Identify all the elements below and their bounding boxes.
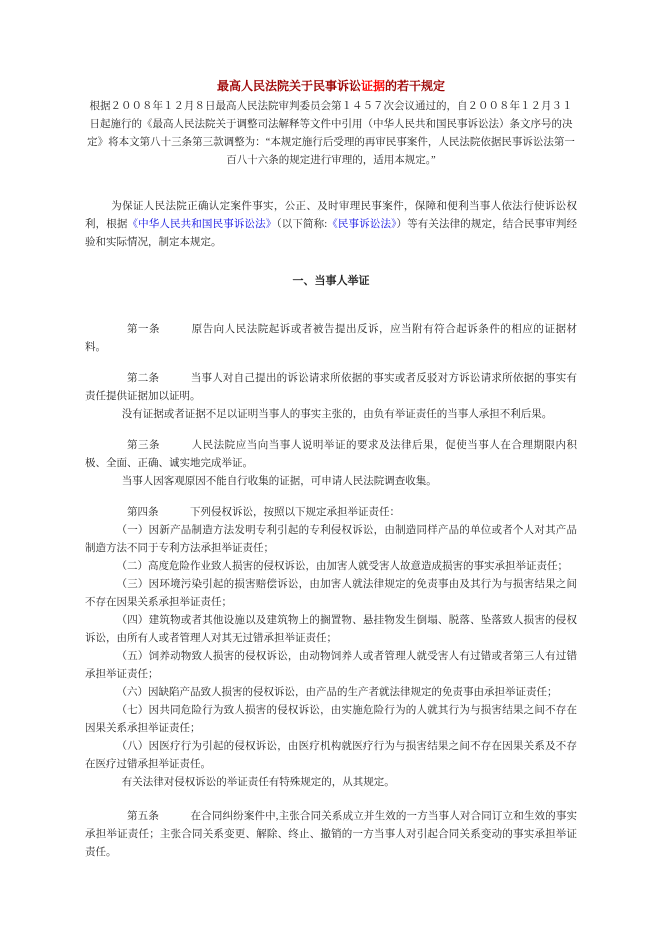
article-2: 第二条当事人对自己提出的诉讼请求所依据的事实或者反驳对方诉讼请求所依据的事实有责… [85, 370, 577, 406]
intro-text-2: （以下简称: [276, 219, 327, 230]
article-4-number: 第四条 [127, 507, 159, 518]
document-title: 最高人民法院关于民事诉讼证据的若干规定 [85, 78, 577, 94]
article-4-text: 下列侵权诉讼，按照以下规定承担举证责任： [190, 507, 400, 518]
article-4-item-5: （五）饲养动物致人损害的侵权诉讼，由动物饲养人或者管理人就受害人有过错或者第三人… [85, 648, 577, 684]
article-4-item-7: （七）因共同危险行为致人损害的侵权诉讼，由实施危险行为的人就其行为与损害结果之间… [85, 702, 577, 738]
title-text-before-keyword: 最高人民法院关于民事诉讼 [217, 79, 361, 93]
article-5: 第五条在合同纠纷案件中,主张合同关系成立并生效的一方当事人对合同订立和生效的事实… [85, 808, 577, 862]
article-4-item-6: （六）因缺陷产品致人损害的侵权诉讼，由产品的生产者就法律规定的免责事由承担举证责… [85, 684, 577, 702]
article-1-number: 第一条 [127, 324, 160, 335]
article-4-item-8: （八）因医疗行为引起的侵权诉讼，由医疗机构就医疗行为与损害结果之间不存在因果关系… [85, 738, 577, 774]
article-3-sub-paragraph: 当事人因客观原因不能自行收集的证据，可申请人民法院调查收集。 [85, 473, 577, 491]
title-keyword-highlight: 证据 [361, 79, 385, 93]
section-1-heading: 一、当事人举证 [85, 272, 577, 290]
article-5-number: 第五条 [127, 811, 159, 822]
link-civil-procedure-law-short[interactable]: 《民事诉讼法》 [327, 219, 396, 230]
article-4-item-3: （三）因环境污染引起的损害赔偿诉讼，由加害人就法律规定的免责事由及其行为与损害结… [85, 576, 577, 612]
document-content: 最高人民法院关于民事诉讼证据的若干规定 根据２００８年１２月８日最高人民法院审判… [85, 0, 577, 862]
intro-paragraph: 为保证人民法院正确认定案件事实，公正、及时审理民事案件，保障和便利当事人依法行使… [85, 198, 577, 252]
link-civil-procedure-law-full[interactable]: 《中华人民共和国民事诉讼法》 [128, 219, 277, 230]
article-4-item-2: （二）高度危险作业致人损害的侵权诉讼，由加害人就受害人故意造成损害的事实承担举证… [85, 558, 577, 576]
amendment-note-paragraph: 根据２００８年１２月８日最高人民法院审判委员会第１４５７次会议通过的，自２００８… [85, 98, 577, 170]
article-2-sub-paragraph: 没有证据或者证据不足以证明当事人的事实主张的，由负有举证责任的当事人承担不利后果… [85, 406, 577, 424]
article-4-sub-paragraph: 有关法律对侵权诉讼的举证责任有特殊规定的，从其规定。 [85, 774, 577, 792]
article-2-number: 第二条 [127, 373, 159, 384]
article-4-item-4: （四）建筑物或者其他设施以及建筑物上的搁置物、悬挂物发生倒塌、脱落、坠落致人损害… [85, 612, 577, 648]
article-4-item-1: （一）因新产品制造方法发明专利引起的专利侵权诉讼，由制造同样产品的单位或者个人对… [85, 522, 577, 558]
article-1: 第一条原告向人民法院起诉或者被告提出反诉，应当附有符合起诉条件的相应的证据材料。 [85, 321, 577, 357]
document-page: 最高人民法院关于民事诉讼证据的若干规定 根据２００８年１２月８日最高人民法院审判… [0, 0, 662, 936]
article-4: 第四条下列侵权诉讼，按照以下规定承担举证责任： [85, 504, 577, 522]
article-3: 第三条人民法院应当向当事人说明举证的要求及法律后果，促使当事人在合理期限内积极、… [85, 437, 577, 473]
article-3-number: 第三条 [127, 440, 160, 451]
title-text-after-keyword: 的若干规定 [385, 79, 445, 93]
